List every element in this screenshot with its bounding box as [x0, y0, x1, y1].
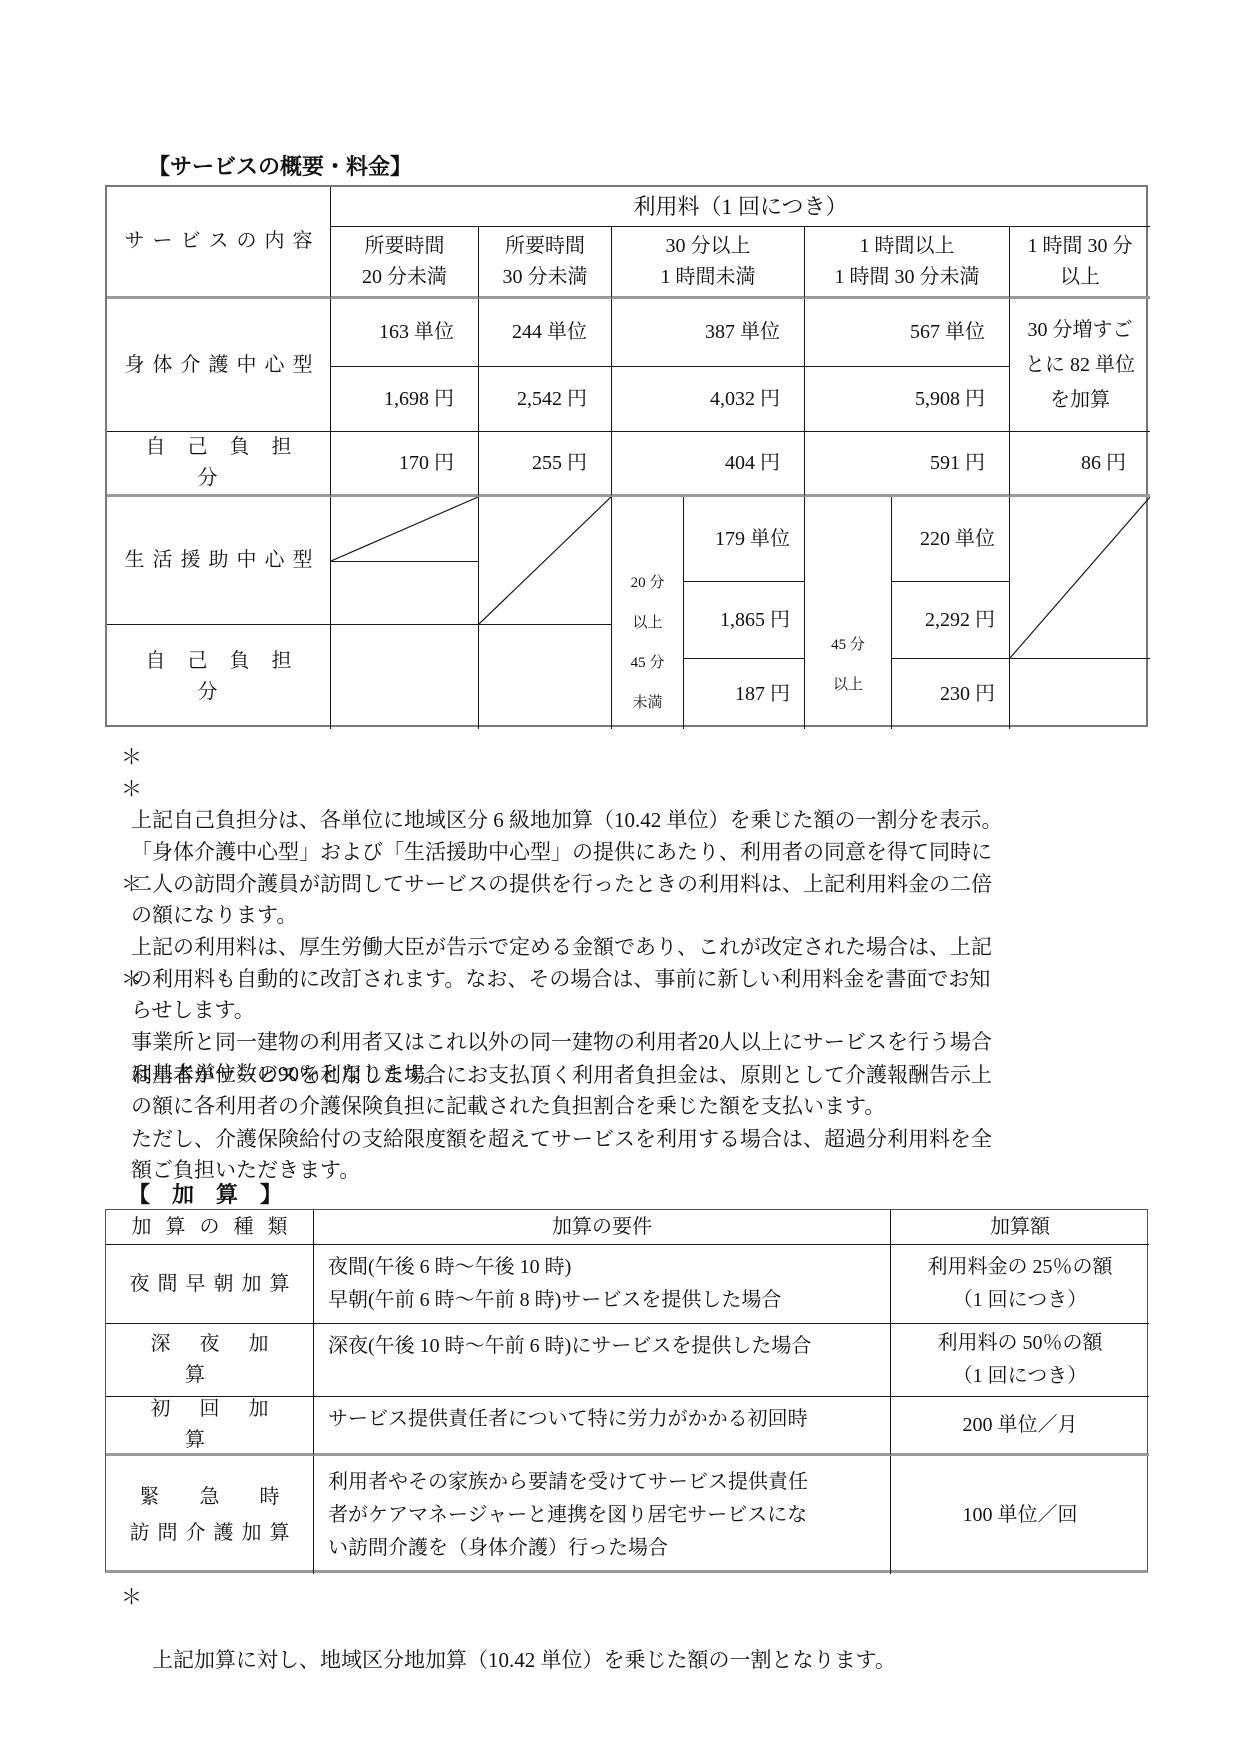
copay1-yen-3: 404 円 — [612, 432, 805, 497]
header-60to90min: 1 時間以上 1 時間 30 分未満 — [805, 227, 1010, 299]
document-page: 【サービスの概要・料金】 サービスの内容 利用料（1 回につき） 所要時間 20… — [0, 0, 1240, 1754]
physical-over90-note: 30 分増すご とに 82 単位 を加算 — [1010, 299, 1150, 432]
na-cell-life-col1 — [331, 497, 479, 562]
kasan-note-text: 上記加算に対し、地域区分地加算（10.42 単位）を乗じた額の一割となります。 — [152, 1648, 896, 1672]
kasan-header-amount: 加算額 — [891, 1210, 1149, 1245]
header-under20min: 所要時間 20 分未満 — [331, 227, 479, 299]
kasan-title: 【 加 算 】 — [128, 1178, 282, 1209]
life-col3-units: 179 単位 — [684, 497, 805, 582]
header-service-content: サービスの内容 — [107, 187, 331, 299]
range-label-over45: 45 分 以上 — [805, 497, 892, 729]
copay2-col3-yen: 187 円 — [684, 659, 805, 729]
kasan-req-emergency: 利用者やその家族から要請を受けてサービス提供責任 者がケアマネージャーと連携を図… — [314, 1456, 891, 1574]
copay1-yen-5: 86 円 — [1010, 432, 1150, 497]
kasan-type-emergency-line2: 訪問介護加算 — [122, 1515, 298, 1551]
kasan-amount-late-night: 利用料の 50％の額 （1 回につき） — [891, 1324, 1149, 1397]
empty-cell-copay2-col1 — [331, 625, 479, 729]
row-label-physical-care: 身体介護中心型 — [107, 299, 331, 432]
kasan-header-type: 加算の種類 — [106, 1210, 314, 1245]
header-over90min: 1 時間 30 分 以上 — [1010, 227, 1150, 299]
physical-yen-1: 1,698 円 — [331, 367, 479, 432]
header-under30min: 所要時間 30 分未満 — [479, 227, 612, 299]
header-fee: 利用料（1 回につき） — [331, 187, 1150, 227]
life-col3-yen: 1,865 円 — [684, 582, 805, 659]
na-cell-life-col5 — [1010, 497, 1150, 659]
service-fee-table: サービスの内容 利用料（1 回につき） 所要時間 20 分未満 所要時間 30 … — [105, 185, 1148, 727]
kasan-table: 加算の種類 加算の要件 加算額 夜間早朝加算 夜間(午後 6 時～午後 10 時… — [105, 1209, 1148, 1573]
empty-cell-copay2-col2 — [479, 625, 612, 729]
physical-yen-4: 5,908 円 — [805, 367, 1010, 432]
kasan-type-late-night: 深夜加算 — [106, 1324, 314, 1397]
na-diagonal-line — [1010, 497, 1150, 658]
row-label-life-support: 生活援助中心型 — [107, 497, 331, 625]
copay1-yen-1: 170 円 — [331, 432, 479, 497]
empty-cell-copay2-col5 — [1010, 659, 1150, 729]
kasan-note: ＊ 上記加算に対し、地域区分地加算（10.42 単位）を乗じた額の一割となります… — [131, 1582, 1171, 1708]
kasan-amount-night-early: 利用料金の 25％の額 （1 回につき） — [891, 1245, 1149, 1324]
physical-yen-2: 2,542 円 — [479, 367, 612, 432]
kasan-type-emergency: 緊 急 時 訪問介護加算 — [106, 1456, 314, 1574]
kasan-req-late-night: 深夜(午後 10 時～午前 6 時)にサービスを提供した場合 — [314, 1324, 891, 1397]
kasan-req-first-time: サービス提供責任者について特に労力がかかる初回時 — [314, 1397, 891, 1456]
kasan-amount-first-time: 200 単位／月 — [891, 1397, 1149, 1456]
paragraph-over-limit: ただし、介護保険給付の支給限度額を超えてサービスを利用する場合は、超過分利用料を… — [131, 1092, 1151, 1187]
physical-units-1: 163 単位 — [331, 299, 479, 367]
kasan-type-night-early: 夜間早朝加算 — [106, 1245, 314, 1324]
copay2-col4-yen: 230 円 — [892, 659, 1010, 729]
copay1-yen-4: 591 円 — [805, 432, 1010, 497]
empty-cell-life-col1 — [331, 562, 479, 625]
na-cell-life-col2 — [479, 497, 612, 625]
range-label-20to45: 20 分 以上 45 分 未満 — [612, 497, 684, 729]
life-col4-units: 220 単位 — [892, 497, 1010, 582]
kasan-header-requirement: 加算の要件 — [314, 1210, 891, 1245]
physical-units-3: 387 単位 — [612, 299, 805, 367]
na-diagonal-line — [479, 497, 611, 624]
physical-yen-3: 4,032 円 — [612, 367, 805, 432]
header-30to60min: 30 分以上 1 時間未満 — [612, 227, 805, 299]
row-label-copay-1: 自己負担分 — [107, 432, 331, 497]
asterisk-marker: ＊ — [121, 869, 142, 901]
asterisk-marker: ＊ — [121, 774, 142, 806]
life-col4-yen: 2,292 円 — [892, 582, 1010, 659]
asterisk-marker: ＊ — [121, 1582, 142, 1614]
kasan-type-first-time: 初回加算 — [106, 1397, 314, 1456]
kasan-req-night-early: 夜間(午後 6 時～午後 10 時) 早朝(午前 6 時～午前 8 時)サービス… — [314, 1245, 891, 1324]
physical-units-4: 567 単位 — [805, 299, 1010, 367]
row-label-copay-2: 自己負担分 — [107, 625, 331, 729]
copay1-yen-2: 255 円 — [479, 432, 612, 497]
kasan-type-emergency-line1: 緊 急 時 — [140, 1479, 280, 1515]
asterisk-marker: ＊ — [121, 964, 142, 996]
paragraph-text: ただし、介護保険給付の支給限度額を超えてサービスを利用する場合は、超過分利用料を… — [131, 1127, 992, 1183]
asterisk-marker: ＊ — [121, 742, 142, 774]
kasan-amount-emergency: 100 単位／回 — [891, 1456, 1149, 1574]
na-diagonal-line — [331, 497, 478, 561]
physical-units-2: 244 単位 — [479, 299, 612, 367]
service-fee-title: 【サービスの概要・料金】 — [148, 150, 412, 181]
